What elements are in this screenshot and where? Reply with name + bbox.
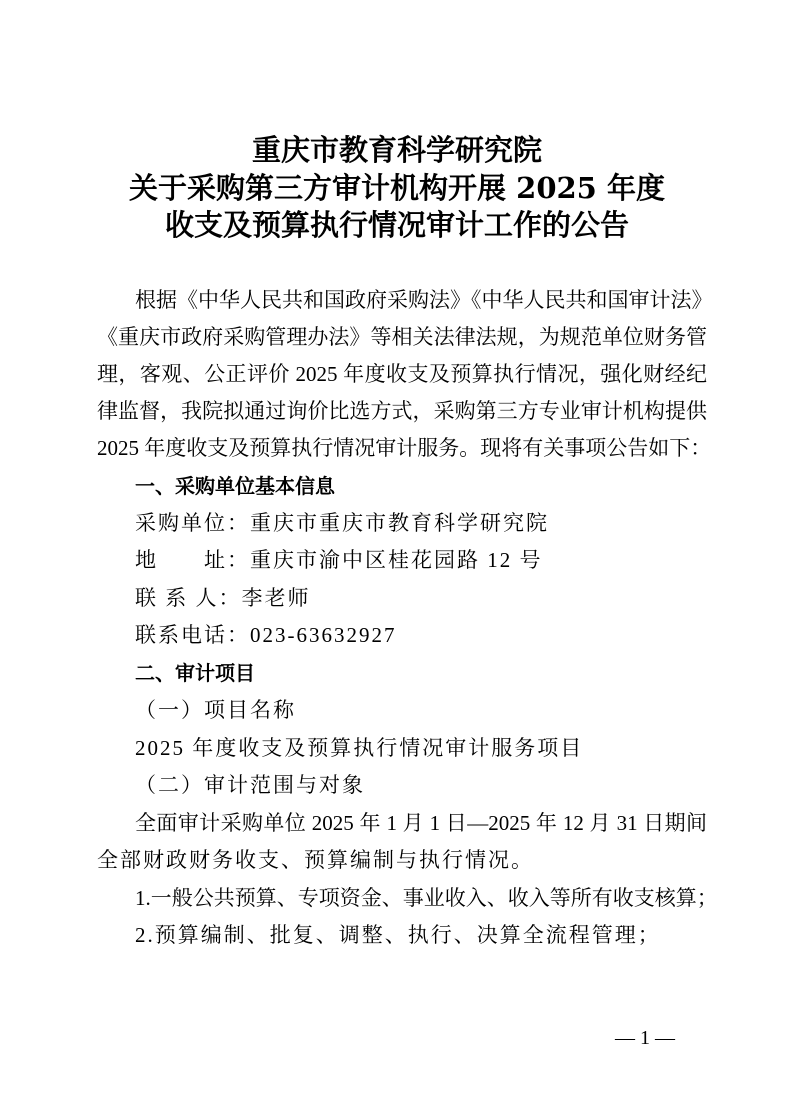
scope-line-1: 全面审计采购单位 2025 年 1 月 1 日—2025 年 12 月 31 日… (135, 808, 707, 838)
scope-item-2: 2.预算编制、批复、调整、执行、决算全流程管理； (135, 920, 707, 950)
section-1-heading: 一、采购单位基本信息 (135, 471, 707, 501)
title-line-3: 收支及预算执行情况审计工作的公告 (0, 206, 794, 244)
title-line-1: 重庆市教育科学研究院 (0, 131, 794, 169)
project-name: 2025 年度收支及预算执行情况审计服务项目 (135, 733, 707, 763)
intro-line-4: 律监督，我院拟通过询价比选方式，采购第三方专业审计机构提供 (97, 396, 707, 426)
subsection-2-heading: （二）审计范围与对象 (135, 770, 707, 800)
info-address: 地 址：重庆市渝中区桂花园路 12 号 (135, 545, 707, 575)
intro-line-1: 根据《中华人民共和国政府采购法》《中华人民共和国审计法》 (135, 285, 707, 315)
info-phone: 联系电话：023-63632927 (135, 620, 707, 650)
intro-line-3: 理，客观、公正评价 2025 年度收支及预算执行情况，强化财经纪 (97, 359, 707, 389)
section-2-heading: 二、审计项目 (135, 658, 707, 688)
intro-line-2: 《重庆市政府采购管理办法》等相关法律法规，为规范单位财务管 (97, 322, 707, 352)
scope-item-1: 1.一般公共预算、专项资金、事业收入、收入等所有收支核算； (135, 883, 707, 913)
scope-line-2: 全部财政财务收支、预算编制与执行情况。 (97, 845, 707, 875)
document-page: 重庆市教育科学研究院 关于采购第三方审计机构开展 2025 年度 收支及预算执行… (0, 0, 794, 1108)
info-contact: 联 系 人：李老师 (135, 583, 707, 613)
title-line-2: 关于采购第三方审计机构开展 2025 年度 (0, 169, 794, 207)
intro-line-5: 2025 年度收支及预算执行情况审计服务。现将有关事项公告如下： (97, 433, 707, 463)
page-number: — 1 — (600, 1027, 690, 1050)
info-purchaser: 采购单位：重庆市重庆市教育科学研究院 (135, 508, 707, 538)
subsection-1-heading: （一）项目名称 (135, 695, 707, 725)
